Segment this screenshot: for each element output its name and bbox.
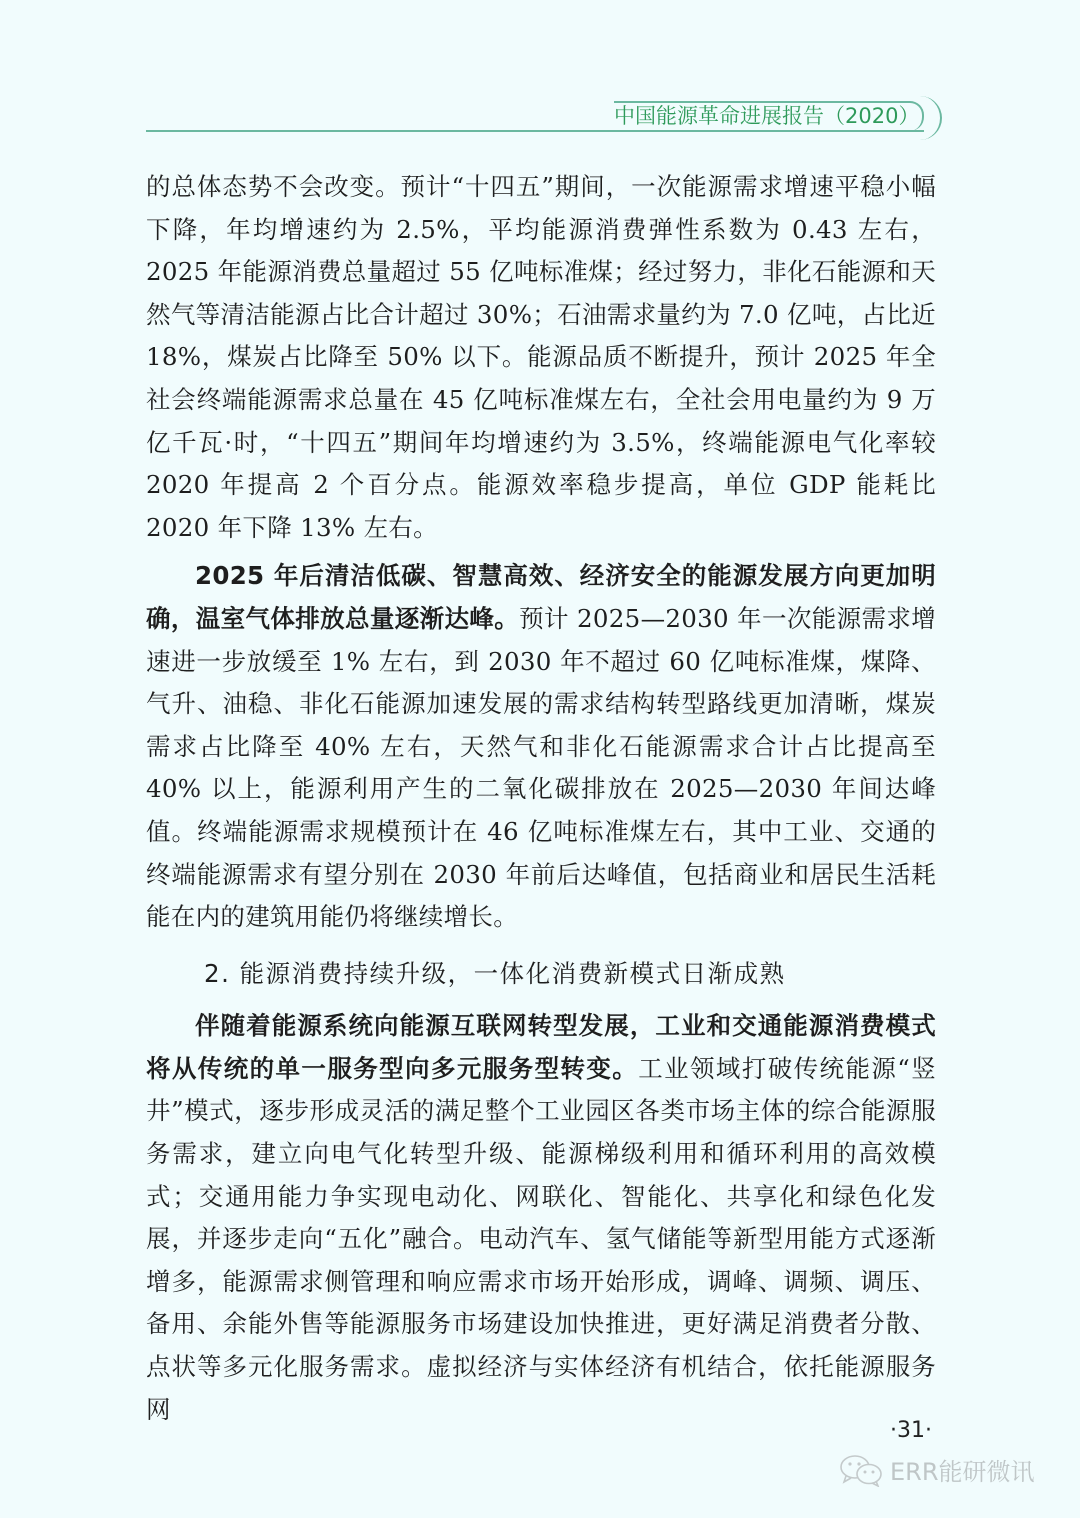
paragraph-3-text: 工业领域打破传统能源“竖井”模式，逐步形成灵活的满足整个工业园区各类市场主体的综… <box>146 1054 936 1424</box>
section-subheading: 2. 能源消费持续升级，一体化消费新模式日渐成熟 <box>146 953 936 996</box>
page-number: ·31· <box>890 1418 932 1443</box>
wechat-icon <box>838 1453 884 1487</box>
running-header: 中国能源革命进展报告（2020） <box>0 0 1080 160</box>
watermark-text: ERR能研微讯 <box>890 1452 1035 1487</box>
watermark: ERR能研微讯 <box>838 1452 1035 1487</box>
paragraph-1: 的总体态势不会改变。预计“十四五”期间，一次能源需求增速平稳小幅下降，年均增速约… <box>146 166 936 549</box>
page-body: 的总体态势不会改变。预计“十四五”期间，一次能源需求增速平稳小幅下降，年均增速约… <box>146 166 936 1431</box>
paragraph-2-text: 预计 2025—2030 年一次能源需求增速进一步放缓至 1% 左右，到 203… <box>146 604 936 931</box>
paragraph-3: 伴随着能源系统向能源互联网转型发展，工业和交通能源消费模式将从传统的单一服务型向… <box>146 1005 936 1431</box>
paragraph-2: 2025 年后清洁低碳、智慧高效、经济安全的能源发展方向更加明确，温室气体排放总… <box>146 555 936 938</box>
paragraph-1-text: 的总体态势不会改变。预计“十四五”期间，一次能源需求增速平稳小幅下降，年均增速约… <box>146 172 936 542</box>
report-title: 中国能源革命进展报告（2020） <box>614 101 919 131</box>
